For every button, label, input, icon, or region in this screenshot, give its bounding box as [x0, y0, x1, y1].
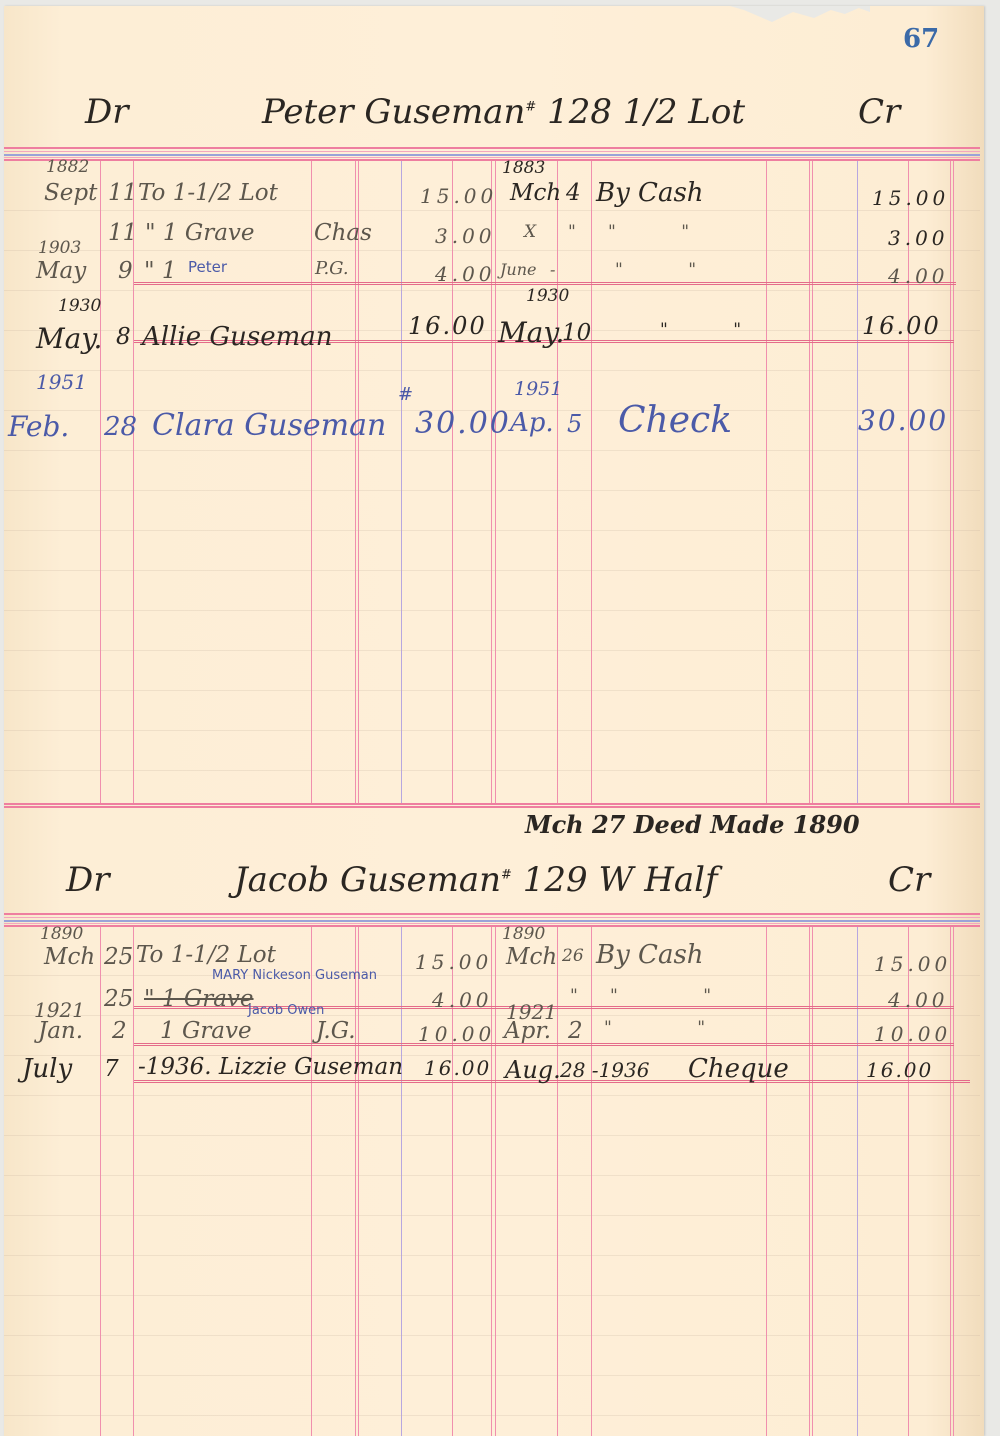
account1-header-rule	[4, 147, 980, 161]
account1-credit-label: Cr	[858, 92, 900, 132]
account2-lot: 129 W Half	[523, 860, 718, 900]
account2-name: Jacob Guseman# 129 W Half	[234, 860, 718, 900]
account1-name-text: Peter Guseman	[262, 92, 525, 132]
account2-lot-prefix: #	[501, 868, 512, 883]
account1-debit-label: Dr	[85, 92, 129, 132]
account1-lot: 128 1/2 Lot	[547, 92, 745, 132]
account1-lot-prefix: #	[525, 100, 536, 115]
account2-header-rule	[4, 913, 980, 927]
handwritten-annotation: MARY Nickeson Guseman	[212, 968, 377, 983]
account2-name-text: Jacob Guseman	[234, 860, 501, 900]
deed-note: Mch 27 Deed Made 1890	[525, 810, 860, 839]
account2-debit-label: Dr	[66, 860, 110, 900]
page-number-stamp: 67	[903, 24, 939, 54]
account1-subtotal-rule	[134, 282, 956, 285]
handwritten-annotation: Peter	[188, 258, 227, 276]
handwritten-annotation: Jacob Owen	[248, 1003, 324, 1018]
account2-credit-label: Cr	[888, 860, 930, 900]
account1-bottom-rule	[4, 803, 980, 808]
account1-name: Peter Guseman# 128 1/2 Lot	[262, 92, 745, 132]
